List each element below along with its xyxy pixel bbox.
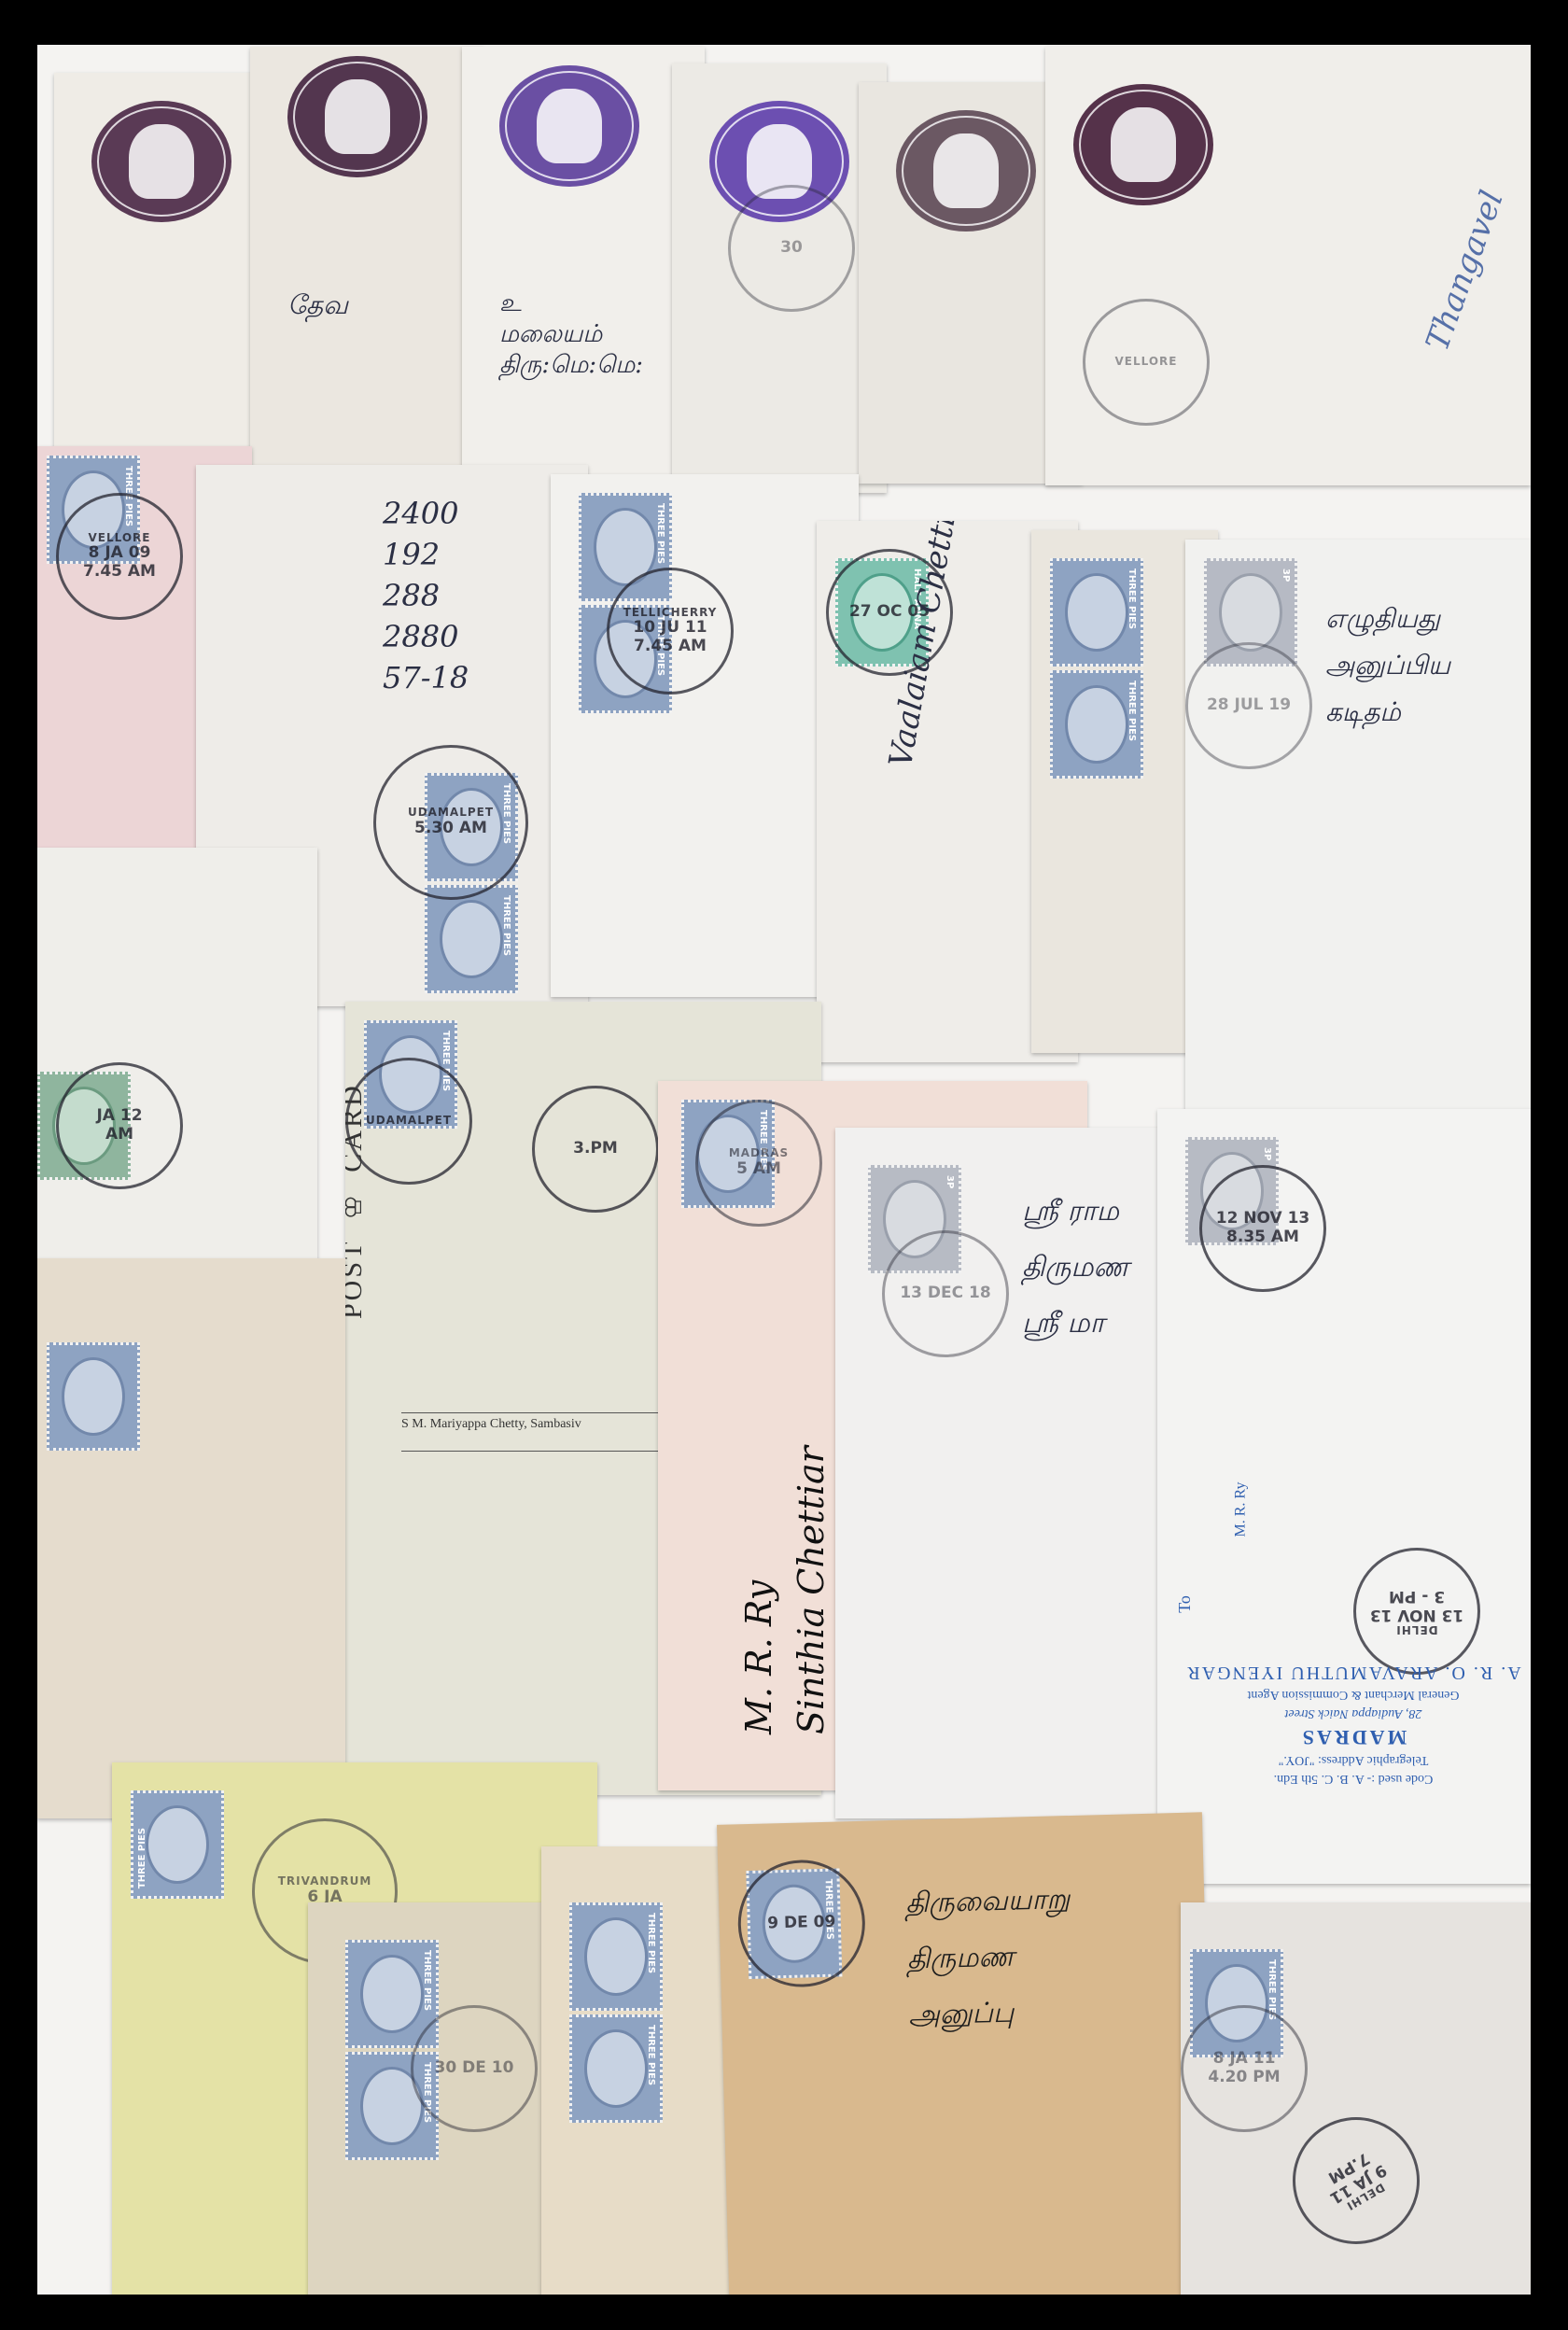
envelope-2: தேவ <box>250 47 483 476</box>
business-post-card: 3P 12 NOV 138.35 AM DELHI13 NOV 133 - PM… <box>1157 1109 1531 1884</box>
embossed-stamp-one-anna <box>896 110 1036 232</box>
to-label: To <box>1175 1595 1195 1613</box>
stamp-collection-photo: தேவ உ மலையம் திரு:மெ:மெ: 30 VELLORE Than… <box>37 45 1531 2295</box>
brown-cover: THREE PIES 9 DE 09 திருவையாறு திருமண அனு… <box>717 1812 1215 2295</box>
postmark: 30 DE 10 <box>411 2005 538 2132</box>
stamp-three-pies: THREE PIES <box>425 885 518 993</box>
beige-cover <box>37 1258 345 1818</box>
postmark: 8 JA 114.20 PM <box>1181 2005 1308 2132</box>
cover-pair-2: THREE PIES THREE PIES 30 DE 10 <box>308 1902 569 2295</box>
postmark-3pm: 3.PM <box>532 1086 659 1213</box>
handwritten-calculation: 2400 192 288 2880 57-18 <box>383 493 469 698</box>
stamp-three-pies: THREE PIES <box>569 2014 663 2123</box>
embossed-stamp-one-anna <box>91 101 231 222</box>
envelope-6: VELLORE Thangavel <box>1045 47 1531 485</box>
stamp-three-pies: THREE PIES <box>1050 558 1143 667</box>
stamp-three-pies: THREE PIES <box>569 1902 663 2011</box>
embossed-stamp-one-and-half-annas <box>499 65 639 187</box>
stamp-three-pies: THREE PIES <box>131 1790 224 1899</box>
mry-label: M. R. Ry <box>1232 1482 1249 1537</box>
embossed-stamp-one-anna <box>287 56 427 177</box>
post-card-title: POST ♔ CARD <box>345 1083 369 1319</box>
sender-block: Code used :- A. B. C. 5th Edn. Telegraph… <box>1176 1660 1531 1788</box>
postmark-tellicherry: TELLICHERRY10 JU 117.45 AM <box>607 568 734 695</box>
embossed-stamp-one-anna <box>1073 84 1213 205</box>
grey-cover: THREE PIES 8 JA 114.20 PM DELHI9 JA 117.… <box>1181 1902 1531 2295</box>
postmark-vellore: VELLORE8 JA 097.45 AM <box>56 493 183 620</box>
postmark-delhi: DELHI13 NOV 133 - PM <box>1353 1548 1480 1675</box>
postmark: 30 <box>728 185 855 312</box>
postmark-madras-gpo: VELLORE <box>1083 299 1210 426</box>
postmark: 12 NOV 138.35 AM <box>1199 1165 1326 1292</box>
stamp-three-pies <box>47 1342 140 1451</box>
postmark-udamalpet: UDAMALPET5.30 AM <box>373 745 528 900</box>
envelope-4: 30 <box>672 63 887 493</box>
postmark: 28 JUL 19 <box>1185 642 1312 769</box>
postmark: JA 12AM <box>56 1062 183 1189</box>
cover-tellicherry: THREE PIES THREE PIES TELLICHERRY10 JU 1… <box>551 474 859 997</box>
postmark: 13 DEC 18 <box>882 1230 1009 1357</box>
postmark-delhi: DELHI9 JA 117.PM <box>1269 2094 1443 2267</box>
handwritten-name: Thangavel <box>1419 186 1511 356</box>
envelope-3: உ மலையம் திரு:மெ:மெ: <box>462 47 705 485</box>
postmark-madras: MADRAS5 AM <box>695 1100 822 1227</box>
stamp-three-pies: THREE PIES <box>1050 670 1143 779</box>
